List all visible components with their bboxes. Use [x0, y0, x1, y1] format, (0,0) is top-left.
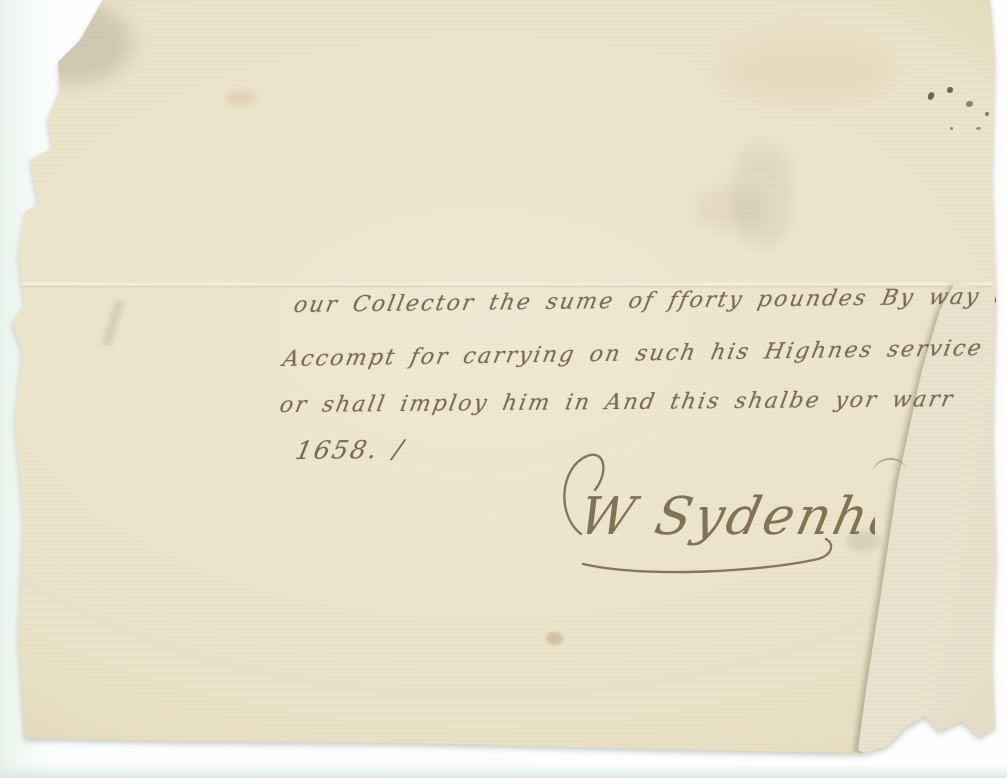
paper-shadow: our Collector the sume of fforty poundes…	[0, 0, 1007, 778]
signature-text: W Sydenham	[574, 487, 875, 547]
signature: W Sydenham	[535, 438, 875, 598]
scanner-edge-tint	[0, 764, 1007, 778]
manuscript-sheet: our Collector the sume of fforty poundes…	[0, 0, 1007, 778]
document-scan: our Collector the sume of fforty poundes…	[0, 0, 1007, 778]
date-line: 1658. /	[293, 435, 407, 465]
signature-svg: W Sydenham	[535, 438, 875, 598]
